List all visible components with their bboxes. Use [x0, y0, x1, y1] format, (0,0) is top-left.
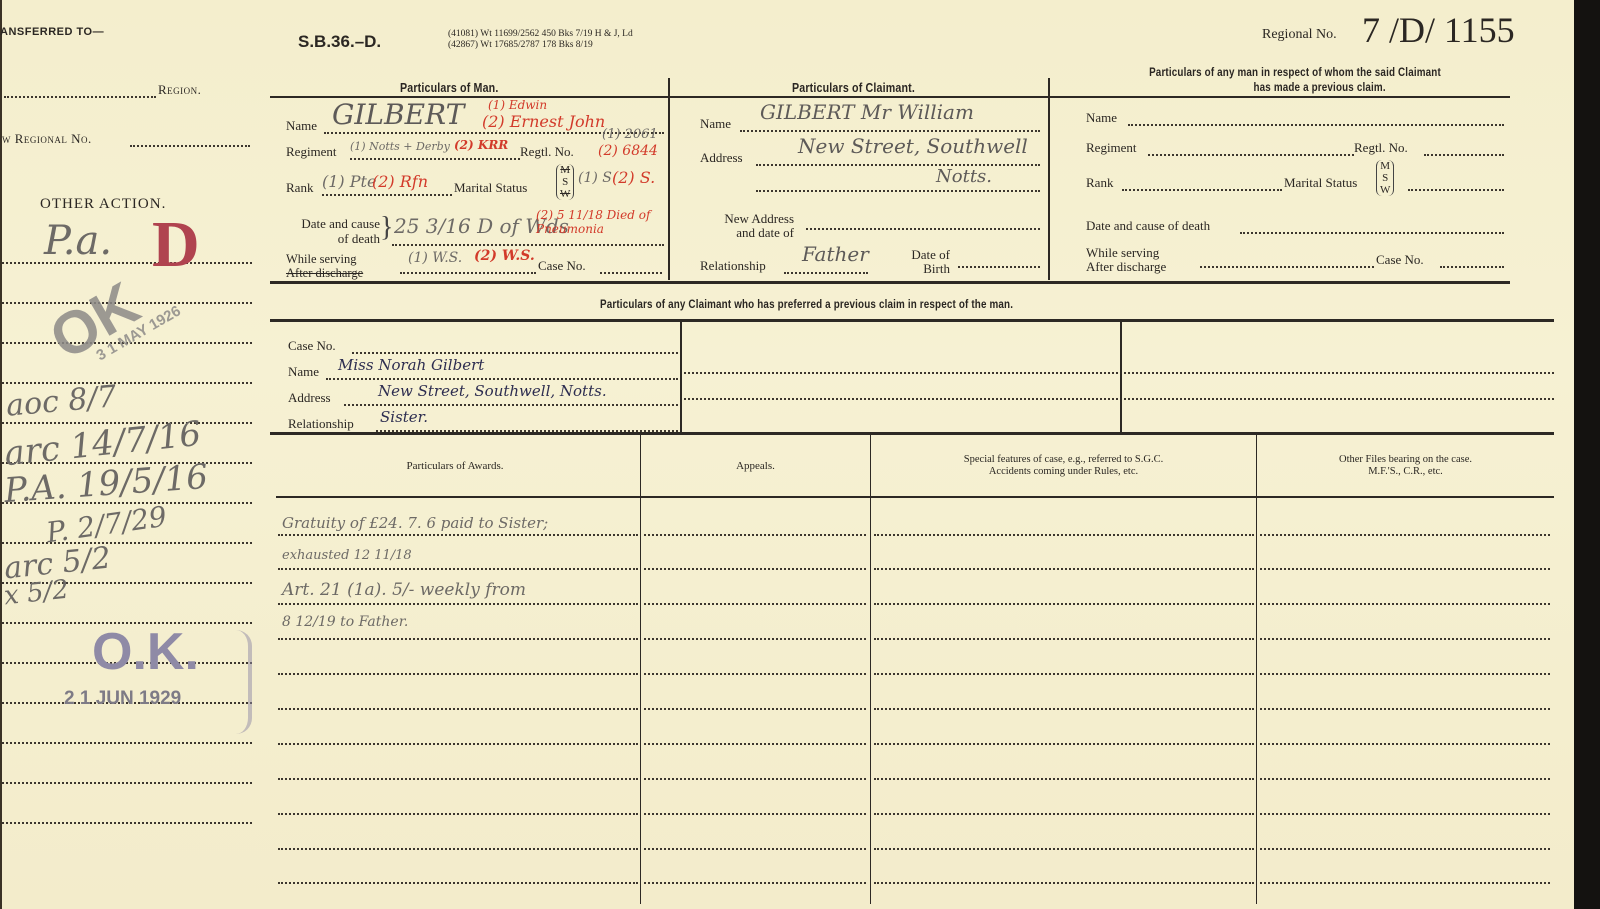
claimant-relationship-dots	[784, 272, 868, 274]
other-row-dots	[1260, 882, 1550, 884]
man-serving-label-2: After discharge	[286, 266, 363, 280]
appeals-row-dots	[644, 882, 866, 884]
special-row-dots	[874, 603, 1254, 605]
other-header-line-1: Other Files bearing on the case.	[1257, 454, 1554, 466]
previous-man-title-1: Particulars of any man in respect of who…	[1090, 65, 1500, 80]
pencil-note-6: x 5/2	[3, 575, 71, 612]
margin-line	[2, 742, 252, 744]
other-row-dots	[1260, 603, 1550, 605]
man-regiment-value-1: (1) Notts + Derby	[350, 140, 450, 153]
ok-stamp-date: 2 1 JUN 1929	[64, 688, 181, 710]
claimant-dob-label: Date of Birth	[890, 248, 950, 276]
claimant-new-address-dots	[806, 228, 1040, 230]
appeals-row-dots	[644, 778, 866, 780]
marital-option-m: M	[560, 164, 570, 176]
special-row-dots	[874, 743, 1254, 745]
special-row-dots	[874, 778, 1254, 780]
previous-case-dots	[1440, 266, 1504, 268]
man-regiment-label: Regiment	[286, 144, 337, 160]
previous-man-title: Particulars of any man in respect of who…	[1090, 65, 1500, 95]
scan-border-right	[1574, 0, 1600, 909]
appeals-row-dots	[644, 743, 866, 745]
claimant-address-label: Address	[700, 150, 743, 166]
pc-col2-dots-1	[684, 372, 1118, 374]
new-regional-dots	[130, 145, 250, 147]
man-regiment-value-2: (2) KRR	[454, 138, 508, 152]
print-line-2: (42867) Wt 17685/2787 178 Bks 8/19	[448, 40, 633, 51]
marital-option-w: W	[560, 188, 570, 200]
previous-serving-label-1: While serving	[1086, 246, 1166, 260]
pc-case-label: Case No.	[288, 338, 336, 354]
ok-stamp-1929: O.K. 2 1 JUN 1929	[62, 626, 252, 736]
awards-row-dots	[278, 568, 638, 570]
man-marital-label: Marital Status	[454, 180, 527, 196]
special-row-dots	[874, 813, 1254, 815]
other-row-dots	[1260, 813, 1550, 815]
claimant-dob-label-1: Date of	[890, 248, 950, 262]
man-marital-value-1: (1) S	[578, 170, 612, 186]
award-entry-1: Gratuity of £24. 7. 6 paid to Sister;	[282, 514, 548, 532]
claimant-dob-label-2: Birth	[890, 262, 950, 276]
pc-relationship-label: Relationship	[288, 416, 354, 432]
award-entry-2: exhausted 12 11/18	[282, 548, 412, 563]
claimant-name-label: Name	[700, 116, 731, 132]
awards-row-dots	[278, 638, 638, 640]
man-regtl-label: Regtl. No.	[520, 144, 574, 160]
man-forename-1: (1) Edwin	[488, 98, 547, 112]
appeals-row-dots	[644, 603, 866, 605]
awards-col-divider-1	[640, 434, 641, 904]
pc-case-dots	[352, 352, 678, 354]
other-row-dots	[1260, 673, 1550, 675]
previous-serving-dots	[1200, 266, 1374, 268]
print-line-1: (41081) Wt 11699/2562 450 Bks 7/19 H & J…	[448, 29, 633, 40]
awards-col-header-particulars: Particulars of Awards.	[270, 460, 640, 472]
man-death-label: Date and cause of death	[286, 216, 380, 246]
previous-rank-dots	[1122, 189, 1282, 191]
previous-man-rule	[1070, 96, 1510, 98]
transferred-to-label: ANSFERRED TO—	[0, 26, 104, 38]
man-serving-value-1: (1) W.S.	[408, 250, 462, 266]
awards-col-header-other-files: Other Files bearing on the case. M.F.'S.…	[1257, 454, 1554, 478]
previous-claimant-top-rule	[270, 319, 1554, 322]
stamp-frame	[208, 630, 252, 734]
man-regtl-value-2: (2) 6844	[598, 143, 658, 159]
special-row-dots	[874, 882, 1254, 884]
margin-line	[2, 542, 252, 544]
claimant-section-title: Particulars of Claimant.	[792, 80, 915, 95]
man-rank-label: Rank	[286, 180, 313, 196]
other-row-dots	[1260, 568, 1550, 570]
appeals-row-dots	[644, 673, 866, 675]
pc-col3-dots-1	[1124, 372, 1554, 374]
man-death-value-2: (2) 5 11/18 Died of Pneumonia	[536, 208, 666, 236]
man-serving-label: While serving After discharge	[286, 252, 363, 280]
man-case-dots	[600, 272, 662, 274]
appeals-row-dots	[644, 848, 866, 850]
ok-stamp-text: O.K.	[92, 626, 199, 678]
previous-name-dots	[1128, 124, 1504, 126]
previous-death-label: Date and cause of death	[1086, 218, 1210, 234]
man-marital-options: M S W	[556, 164, 574, 200]
previous-serving-label: While serving After discharge	[1086, 246, 1166, 274]
pa-pencil-note: P.a.	[44, 218, 112, 264]
claimant-name-dots	[740, 130, 1040, 132]
awards-row-dots	[278, 882, 638, 884]
pension-record-card: ANSFERRED TO— Region. w Regional No. OTH…	[0, 0, 1574, 909]
awards-col-divider-2	[870, 434, 871, 904]
previous-death-dots	[1240, 232, 1504, 234]
pc-relationship-value: Sister.	[380, 408, 428, 426]
special-row-dots	[874, 673, 1254, 675]
marital-option-m: M	[1380, 160, 1390, 172]
man-surname-value: GILBERT	[332, 98, 464, 131]
previous-claimant-divider-2	[1120, 320, 1122, 432]
appeals-row-dots	[644, 568, 866, 570]
pc-col2-dots-2	[684, 398, 1118, 400]
awards-row-dots	[278, 534, 638, 536]
award-entry-3: Art. 21 (1a). 5/- weekly from	[282, 580, 526, 600]
previous-name-label: Name	[1086, 110, 1117, 126]
appeals-row-dots	[644, 534, 866, 536]
pc-name-value: Miss Norah Gilbert	[338, 356, 484, 374]
previous-case-label: Case No.	[1376, 252, 1424, 268]
man-death-brace: }	[380, 214, 393, 242]
special-row-dots	[874, 848, 1254, 850]
appeals-row-dots	[644, 813, 866, 815]
form-code: S.B.36.–D.	[298, 32, 381, 52]
special-header-line-2: Accidents coming under Rules, etc.	[871, 466, 1256, 478]
claimant-relationship-value: Father	[802, 242, 869, 266]
special-row-dots	[874, 568, 1254, 570]
awards-row-dots	[278, 743, 638, 745]
divider-claimant-previous	[1048, 78, 1050, 280]
special-header-line-1: Special features of case, e.g., referred…	[871, 454, 1256, 466]
man-serving-dots	[400, 272, 536, 274]
other-row-dots	[1260, 778, 1550, 780]
awards-col-divider-3	[1256, 434, 1257, 904]
awards-row-dots	[278, 708, 638, 710]
man-forename-2: (2) Ernest John	[482, 112, 605, 131]
margin-line	[2, 782, 252, 784]
appeals-row-dots	[644, 708, 866, 710]
man-rank-dots	[322, 194, 452, 196]
previous-marital-label: Marital Status	[1284, 175, 1357, 191]
previous-regtl-dots	[1424, 154, 1504, 156]
awards-top-rule	[270, 432, 1554, 435]
other-row-dots	[1260, 848, 1550, 850]
claimant-new-address-label: New Address and date of	[690, 212, 794, 240]
pencil-note-1: aoc 8/7	[5, 379, 118, 424]
awards-row-dots	[278, 848, 638, 850]
man-regiment-dots	[350, 158, 520, 160]
margin-line	[2, 382, 252, 384]
special-row-dots	[874, 638, 1254, 640]
other-row-dots	[1260, 534, 1550, 536]
new-regional-no-label: w Regional No.	[2, 131, 92, 147]
man-serving-label-1: While serving	[286, 252, 363, 266]
regional-no-label: Regional No.	[1262, 27, 1337, 43]
d-stamp: D	[152, 212, 200, 278]
other-row-dots	[1260, 708, 1550, 710]
claimant-relationship-label: Relationship	[700, 258, 766, 274]
previous-serving-label-2: After discharge	[1086, 260, 1166, 274]
awards-header-rule	[276, 496, 1554, 498]
regional-number: 7 /D/ 1155	[1362, 12, 1515, 48]
other-header-line-2: M.F.'S., C.R., etc.	[1257, 466, 1554, 478]
awards-col-header-appeals: Appeals.	[641, 460, 870, 472]
man-death-label-1: Date and cause	[286, 216, 380, 231]
region-label: Region.	[158, 82, 201, 98]
other-action-label: OTHER ACTION.	[40, 196, 166, 213]
other-row-dots	[1260, 743, 1550, 745]
pc-col3-dots-2	[1124, 398, 1554, 400]
man-regtl-value-1: (1) 2061	[602, 127, 658, 142]
awards-row-dots	[278, 603, 638, 605]
man-serving-value-2: (2) W.S.	[474, 248, 535, 264]
pc-address-label: Address	[288, 390, 331, 406]
claimant-name-value: GILBERT Mr William	[760, 100, 974, 124]
claimant-dob-dots	[958, 266, 1040, 268]
top-section-bottom-rule	[270, 281, 1510, 284]
special-row-dots	[874, 708, 1254, 710]
region-dots	[4, 96, 156, 98]
previous-regiment-dots	[1148, 154, 1354, 156]
previous-marital-options: M S W	[1376, 160, 1394, 196]
claimant-address-dots-2	[756, 190, 1040, 192]
man-rank-value-2: (2) Rfn	[372, 172, 428, 191]
awards-col-header-special: Special features of case, e.g., referred…	[871, 454, 1256, 478]
awards-row-dots	[278, 778, 638, 780]
man-name-label: Name	[286, 118, 317, 134]
previous-man-title-2: has made a previous claim.	[1090, 80, 1500, 95]
margin-line	[2, 262, 252, 264]
claimant-address-line-2: Notts.	[936, 166, 992, 187]
pc-address-dots	[344, 404, 678, 406]
claimant-address-line-1: New Street, Southwell	[798, 134, 1028, 158]
margin-line	[2, 822, 252, 824]
previous-regiment-label: Regiment	[1086, 140, 1137, 156]
pc-name-label: Name	[288, 364, 319, 380]
award-entry-4: 8 12/19 to Father.	[282, 614, 408, 630]
special-row-dots	[874, 534, 1254, 536]
awards-row-dots	[278, 673, 638, 675]
marital-option-w: W	[1380, 184, 1390, 196]
divider-man-claimant	[668, 78, 670, 280]
previous-regtl-label: Regtl. No.	[1354, 140, 1408, 156]
pc-address-value: New Street, Southwell, Notts.	[378, 382, 607, 400]
appeals-row-dots	[644, 638, 866, 640]
man-case-label: Case No.	[538, 258, 586, 274]
previous-marital-dots	[1408, 189, 1504, 191]
claimant-new-address-label-2: and date of	[690, 226, 794, 240]
other-row-dots	[1260, 638, 1550, 640]
marital-option-s: S	[1380, 172, 1390, 184]
marital-option-s: S	[560, 176, 570, 188]
print-info: (41081) Wt 11699/2562 450 Bks 7/19 H & J…	[448, 29, 633, 51]
man-section-title: Particulars of Man.	[400, 80, 498, 95]
previous-claimant-title: Particulars of any Claimant who has pref…	[600, 297, 1013, 311]
man-death-label-2: of death	[286, 231, 380, 246]
man-rank-value-1: (1) Pte	[322, 172, 376, 191]
claimant-new-address-label-1: New Address	[690, 212, 794, 226]
man-marital-value-2: (2) S.	[612, 168, 655, 187]
claimant-address-dots-1	[756, 164, 1040, 166]
pc-name-dots	[326, 378, 678, 380]
man-death-dots	[392, 244, 664, 246]
previous-claimant-divider-1	[680, 320, 682, 432]
awards-row-dots	[278, 813, 638, 815]
previous-rank-label: Rank	[1086, 175, 1113, 191]
